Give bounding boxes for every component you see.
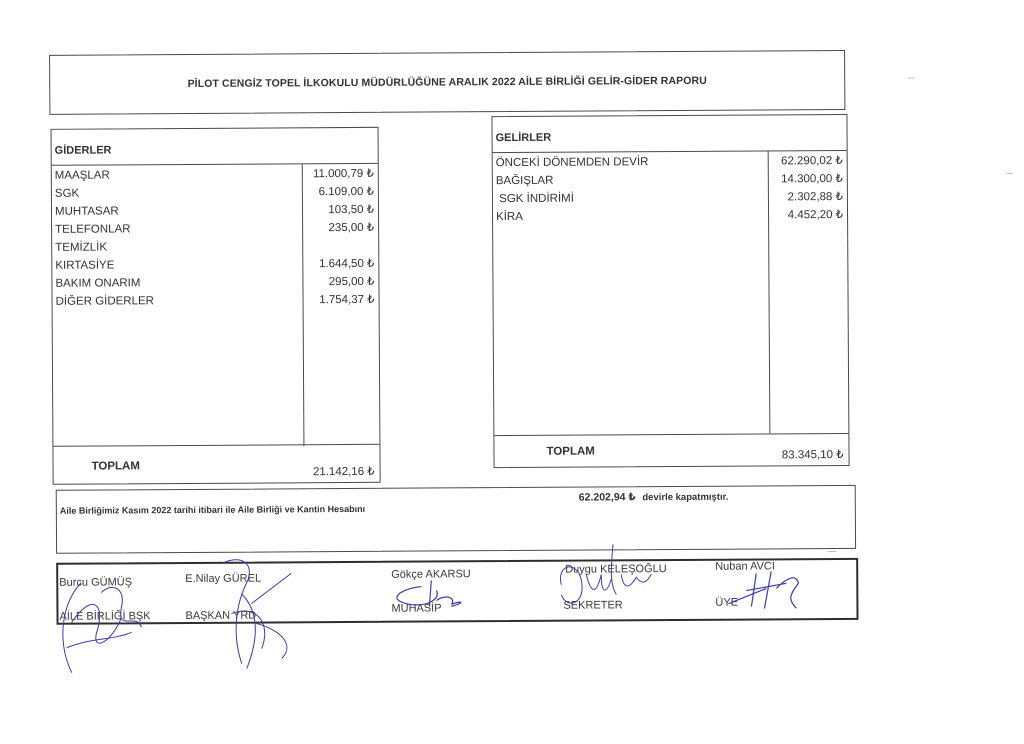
table-row: ÖNCEKİ DÖNEMDEN DEVİR 62.290,02 ₺ bbox=[493, 153, 847, 173]
expense-label: DİĞER GİDERLER bbox=[56, 295, 154, 308]
expenses-heading: GİDERLER bbox=[52, 128, 378, 166]
income-heading-text: GELİRLER bbox=[496, 132, 552, 144]
table-row: TEMİZLİK bbox=[52, 238, 378, 258]
signer-role: AİLE BİRLİĞİ BŞK bbox=[59, 610, 150, 623]
signer-name: E.Nilay GÜREL bbox=[185, 573, 261, 585]
report-page: PİLOT CENGİZ TOPEL İLKOKULU MÜDÜRLÜĞÜNE … bbox=[0, 0, 1024, 744]
scan-mark bbox=[828, 551, 836, 552]
signatures-box: Burcu GÜMÜŞ AİLE BİRLİĞİ BŞK E.Nilay GÜR… bbox=[56, 558, 858, 625]
expense-amount: 1.754,37 ₺ bbox=[319, 292, 374, 306]
income-total-row: TOPLAM 83.345,10 ₺ bbox=[494, 433, 848, 467]
expense-amount: 1.644,50 ₺ bbox=[319, 256, 374, 270]
income-label: BAĞIŞLAR bbox=[496, 175, 554, 187]
expense-amount: 103,50 ₺ bbox=[328, 202, 374, 216]
income-amount: 2.302,88 ₺ bbox=[788, 189, 843, 203]
income-label: ÖNCEKİ DÖNEMDEN DEVİR bbox=[496, 156, 649, 169]
signer-name: Gökçe AKARSU bbox=[391, 568, 471, 580]
expense-label: MAAŞLAR bbox=[55, 169, 110, 181]
report-title: PİLOT CENGİZ TOPEL İLKOKULU MÜDÜRLÜĞÜNE … bbox=[188, 75, 707, 90]
expense-amount: 11.000,79 ₺ bbox=[313, 166, 374, 180]
expenses-total-row: TOPLAM 21.142,16 ₺ bbox=[53, 444, 379, 484]
closing-note-suffix: devirle kapatmıştır. bbox=[642, 492, 728, 504]
table-row: BAKIM ONARIM 295,00 ₺ bbox=[52, 274, 378, 294]
table-row: KIRTASİYE 1.644,50 ₺ bbox=[52, 256, 378, 276]
income-amount: 14.300,00 ₺ bbox=[781, 171, 843, 185]
income-amount: 62.290,02 ₺ bbox=[781, 153, 843, 167]
expense-label: SGK bbox=[55, 188, 79, 200]
table-row: BAĞIŞLAR 14.300,00 ₺ bbox=[493, 171, 847, 191]
expense-label: KIRTASİYE bbox=[55, 259, 114, 271]
income-label: SGK İNDİRİMİ bbox=[496, 193, 574, 205]
income-body: ÖNCEKİ DÖNEMDEN DEVİR 62.290,02 ₺ BAĞIŞL… bbox=[493, 151, 849, 435]
expense-label: TELEFONLAR bbox=[55, 223, 130, 235]
income-total-amount: 83.345,10 ₺ bbox=[782, 447, 844, 461]
expenses-body: MAAŞLAR 11.000,79 ₺ SGK 6.109,00 ₺ MUHTA… bbox=[52, 164, 380, 448]
expenses-table: GİDERLER MAAŞLAR 11.000,79 ₺ SGK 6.109,0… bbox=[51, 127, 381, 485]
scan-mark bbox=[1007, 173, 1013, 174]
table-row: TELEFONLAR 235,00 ₺ bbox=[52, 220, 378, 240]
closing-note-text: Aile Birliğimiz Kasım 2022 tarihi itibar… bbox=[60, 504, 365, 516]
signer-name: Duygu KELEŞOĞLU bbox=[565, 563, 667, 576]
signer-role: MUHASİP bbox=[391, 602, 441, 614]
expenses-heading-text: GİDERLER bbox=[55, 144, 112, 156]
expense-label: TEMİZLİK bbox=[55, 241, 107, 253]
table-row: MAAŞLAR 11.000,79 ₺ bbox=[52, 166, 378, 186]
expenses-total-amount: 21.142,16 ₺ bbox=[313, 464, 375, 478]
table-row: KİRA 4.452,20 ₺ bbox=[493, 207, 847, 227]
expense-amount: 6.109,00 ₺ bbox=[319, 184, 374, 198]
expenses-total-label: TOPLAM bbox=[92, 460, 140, 472]
signer-role: SEKRETER bbox=[563, 599, 622, 611]
closing-note-box: Aile Birliğimiz Kasım 2022 tarihi itibar… bbox=[56, 485, 856, 554]
title-box: PİLOT CENGİZ TOPEL İLKOKULU MÜDÜRLÜĞÜNE … bbox=[49, 50, 845, 115]
table-row: SGK İNDİRİMİ 2.302,88 ₺ bbox=[493, 189, 847, 209]
income-heading: GELİRLER bbox=[492, 115, 846, 153]
signer-name: Nuban AVCI bbox=[715, 560, 775, 572]
signer-role: BAŞKAN YRD bbox=[185, 610, 256, 622]
expense-amount: 295,00 ₺ bbox=[329, 274, 375, 288]
expense-amount: 235,00 ₺ bbox=[328, 220, 374, 234]
table-row: SGK 6.109,00 ₺ bbox=[52, 184, 378, 204]
scan-mark bbox=[908, 78, 914, 79]
expense-label: BAKIM ONARIM bbox=[55, 277, 140, 290]
closing-note-balance: 62.202,94 ₺ devirle kapatmıştır. bbox=[579, 491, 729, 504]
closing-balance-amount: 62.202,94 ₺ bbox=[579, 491, 636, 503]
signer-role: ÜYE bbox=[715, 597, 738, 609]
table-row: DİĞER GİDERLER 1.754,37 ₺ bbox=[53, 292, 379, 312]
income-label: KİRA bbox=[496, 211, 523, 223]
table-row: MUHTASAR 103,50 ₺ bbox=[52, 202, 378, 222]
income-table: GELİRLER ÖNCEKİ DÖNEMDEN DEVİR 62.290,02… bbox=[491, 114, 849, 468]
income-total-label: TOPLAM bbox=[546, 445, 594, 457]
signer-name: Burcu GÜMÜŞ bbox=[59, 576, 132, 588]
income-amount: 4.452,20 ₺ bbox=[788, 207, 843, 221]
expense-label: MUHTASAR bbox=[55, 205, 119, 217]
